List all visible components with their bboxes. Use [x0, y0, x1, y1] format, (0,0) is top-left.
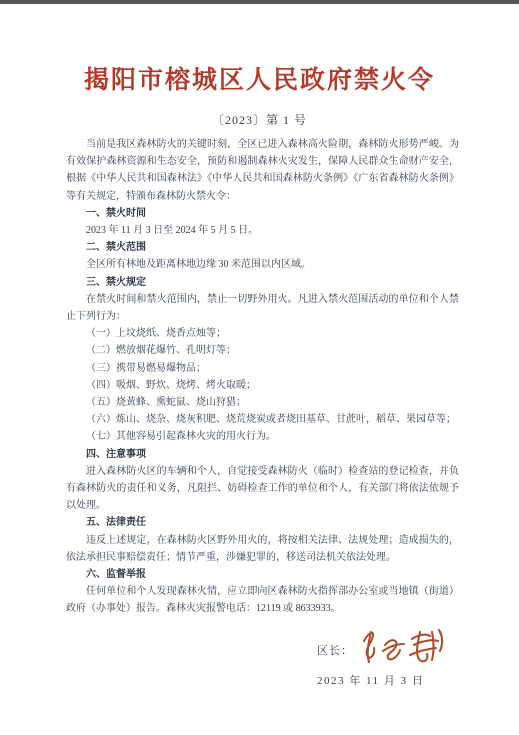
list-item-6: （六）炼山、烧杂、烧灰积肥、烧荒烧炭或者烧田基草、甘蔗叶，稻草、果园草等； [66, 411, 459, 428]
signature-block: 区长： 2023 年 11 月 3 日 [317, 626, 487, 688]
district-mayor-label: 区长： [317, 626, 353, 658]
list-item-7: （七）其他容易引起森林火灾的用火行为。 [66, 428, 459, 445]
paragraph: 在禁火时间和禁火范围内，禁止一切野外用火。凡进入禁火范围活动的单位和个人禁止下列… [66, 291, 459, 325]
section-heading-precautions: 四、注意事项 [66, 446, 459, 463]
section-heading-supervision-report: 六、监督举报 [66, 566, 459, 583]
list-item-5: （五）烧黄蜂、熏蛇鼠、烧山狩猎； [66, 394, 459, 411]
paragraph: 任何单位和个人发现森林火情，应立即向区森林防火指挥部办公室或当地镇（街道）政府（… [66, 583, 459, 617]
list-item-2: （二）燃放烟花爆竹、孔明灯等； [66, 342, 459, 359]
paragraph: 违反上述规定，在森林防火区野外用火的，将按相关法律、法规处理；造成损失的，依法承… [66, 532, 459, 566]
list-item-4: （四）吸烟、野炊、烧烤、烤火取暖； [66, 377, 459, 394]
fire-ban-notice-page: 揭阳市榕城区人民政府禁火令 〔2023〕第 1 号 当前是我区森林防火的关键时刻… [0, 0, 519, 735]
signature-date: 2023 年 11 月 3 日 [317, 672, 487, 688]
handwritten-signature-icon [357, 626, 453, 668]
section-heading-legal-liability: 五、法律责任 [66, 514, 459, 531]
document-body: 当前是我区森林防火的关键时刻，全区已进入森林高火险期，森林防火形势严峻。为有效保… [66, 136, 459, 618]
paragraph: 2023 年 11 月 3 日至 2024 年 5 月 5 日。 [66, 222, 459, 239]
document-number: 〔2023〕第 1 号 [0, 112, 519, 128]
section-heading-ban-rules: 三、禁火规定 [66, 274, 459, 291]
list-item-1: （一）上坟烧纸、烧香点烛等； [66, 325, 459, 342]
list-item-3: （三）携带易燃易爆物品； [66, 360, 459, 377]
paragraph: 全区所有林地及距离林地边缘 30 米范围以内区域。 [66, 256, 459, 273]
intro-paragraph: 当前是我区森林防火的关键时刻，全区已进入森林高火险期，森林防火形势严峻。为有效保… [66, 136, 459, 205]
section-heading-ban-time: 一、禁火时间 [66, 205, 459, 222]
page-title: 揭阳市榕城区人民政府禁火令 [0, 0, 519, 97]
signer-line: 区长： [317, 626, 487, 668]
top-border-bar [0, 0, 519, 4]
paragraph: 进入森林防火区的车辆和个人，自觉接受森林防火（临时）检查站的登记检查，并负有森林… [66, 463, 459, 515]
section-heading-ban-scope: 二、禁火范围 [66, 239, 459, 256]
